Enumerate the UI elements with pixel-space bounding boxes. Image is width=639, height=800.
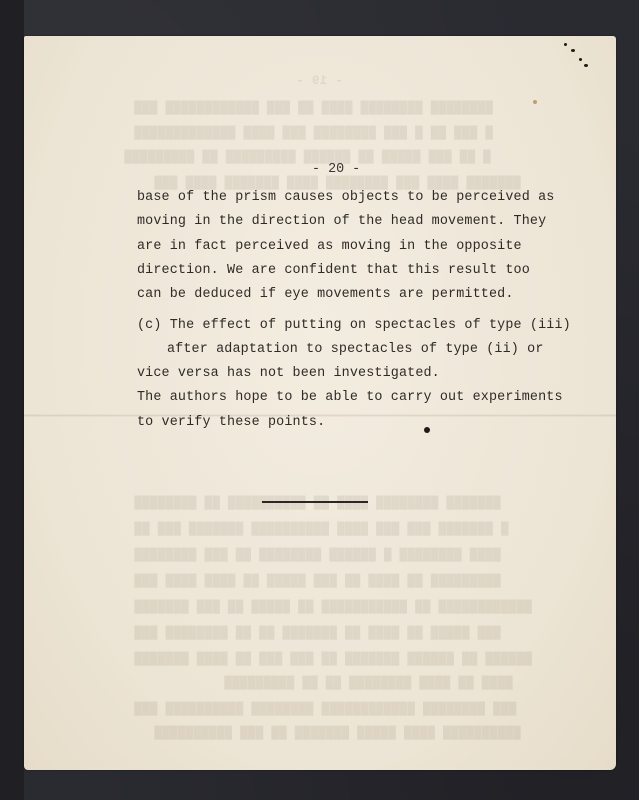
bleed-through-text: ███████ ████████ ████ ██ ██████████ ██ █… [134,496,501,510]
page-number: - 20 - [312,162,360,177]
bleed-through-text: ████████████ ██ ███████████ ██ █████ ██ … [134,600,532,614]
bleed-through-text: ████████ ████████ ████ ██ ███ ██████████… [134,101,493,115]
item-c-line-1: (c) The effect of putting on spectacles … [137,318,571,333]
body-line-1: base of the prism causes objects to be p… [137,190,554,205]
closing-line-1: The authors hope to be able to carry out… [137,390,563,405]
body-line-3: are in fact perceived as moving in the o… [137,239,522,254]
item-c-line-3: vice versa has not been investigated. [137,366,440,381]
bleed-through-text: █ ██ ███ █████ ██ ██████ █████████ ██ ██… [124,150,491,164]
item-c-line-2: after adaptation to spectacles of type (… [167,342,544,357]
bleed-through-text: ███ █████ ██ ████ ██ ███████ ██ ██ █████… [134,626,501,640]
bleed-through-text: ████ ████████ █ ██████ ████████ ██ ███ █… [134,548,501,562]
bleed-through-text: ██████████ ████ █████ ███████ ██ ███ ███… [154,726,521,740]
body-line-4: direction. We are confident that this re… [137,263,530,278]
document-page: - 19 - ████████ ████████ ████ ██ ███ ███… [24,36,616,770]
ink-speck [584,64,588,67]
bleed-through-text: █████████ ██ ████ ██ ███ █████ ██ ████ █… [134,574,501,588]
ink-speck [571,49,575,52]
rust-stain [533,100,537,104]
bleed-through-text: █ ███████ ███ ███ ████ ██████████ ██████… [134,522,508,536]
ink-speck [579,58,582,61]
bleed-through-text: ███ ████████ ████████████ ████████ █████… [134,702,516,716]
background-edge [0,0,24,800]
bleed-through-text: - 19 - [296,74,358,88]
section-end-rule [262,501,368,503]
closing-line-2: to verify these points. [137,415,325,430]
bleed-through-text: ██████ ██ ██████ ███████ ██ ███ ███ ██ █… [134,652,532,666]
body-line-2: moving in the direction of the head move… [137,214,546,229]
ink-mark [424,427,430,433]
bleed-through-text: ████ ██ ████ ████████ ██ ██ █████████ [224,676,513,690]
ink-speck [564,43,567,46]
bleed-through-text: ███████ ████ ███ ████████ ████ ███████ █… [154,176,521,190]
body-line-5: can be deduced if eye movements are perm… [137,287,514,302]
bleed-through-text: █ ███ ██ █ ███ ████████ ███ ████ ███████… [134,126,493,140]
